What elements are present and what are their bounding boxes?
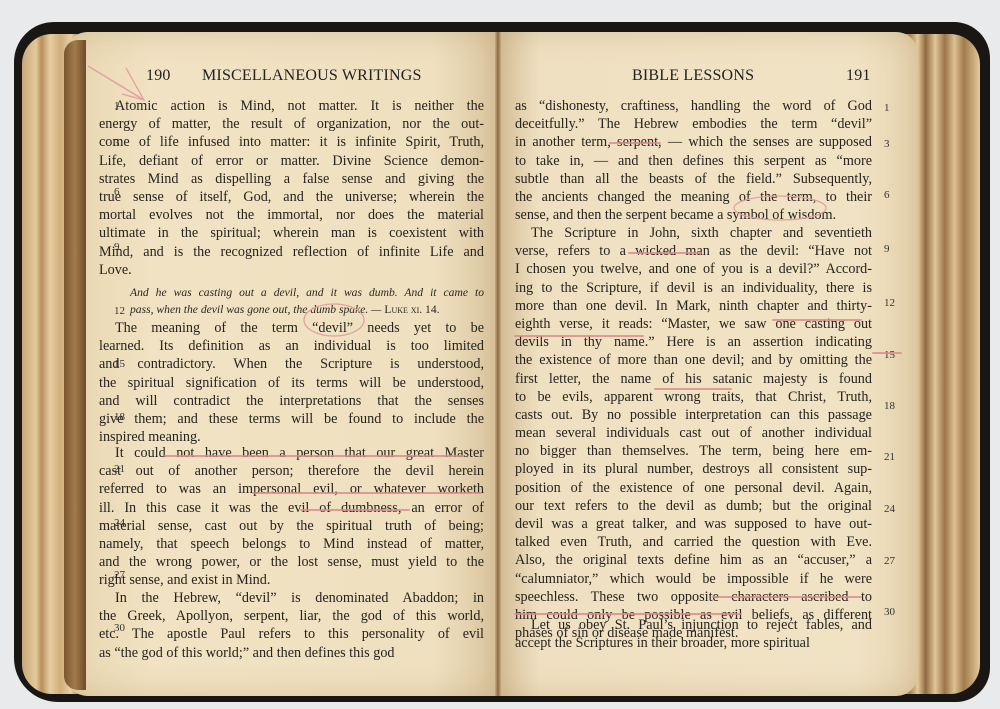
text-line: our text refers to the devil as dumb; bu… xyxy=(515,497,872,515)
text-line: I chosen you twelve, and one of you is a… xyxy=(515,260,872,278)
text-line: come of life infused into matter: it is … xyxy=(99,133,484,151)
underline-wicked-man xyxy=(628,252,702,254)
running-head-right: BIBLE LESSONS xyxy=(632,67,754,85)
text-line: mortal evolves not the immortal, nor doe… xyxy=(99,206,484,224)
underline-could-not-have-been xyxy=(164,455,464,457)
text-line: It could not have been a person that our… xyxy=(99,444,484,462)
underline-devils-in-thy-name xyxy=(514,335,644,337)
text-line: the Greek, Apollyon, serpent, liar, the … xyxy=(99,607,484,625)
underline-one-casting-out xyxy=(772,319,862,321)
left-paragraph-2: The meaning of the term “devil” needs ye… xyxy=(99,319,484,446)
text-line: The meaning of the term “devil” needs ye… xyxy=(99,319,484,337)
text-line: cast out of another person; therefore th… xyxy=(99,462,484,480)
text-line: the spiritual signification of its terms… xyxy=(99,374,484,392)
text-line: the existence of more than one devil; an… xyxy=(515,351,872,369)
text-line: eighth verse, it reads: “Master, we saw … xyxy=(515,315,872,333)
text-line: no bigger than themselves. The term, bei… xyxy=(515,442,872,460)
quote-line-1: And he was casting out a devil, and it w… xyxy=(130,284,484,301)
line-number: 12 xyxy=(884,297,895,309)
text-line: and contradictory. When the Scripture is… xyxy=(99,355,484,373)
text-line: Mind, and is the recognized reflection o… xyxy=(99,243,484,261)
text-line: true sense of itself, God, and the unive… xyxy=(99,188,484,206)
line-number: 24 xyxy=(884,503,895,515)
line-number: 15 xyxy=(884,349,895,361)
text-line: as “the god of this world;” and then def… xyxy=(99,644,484,662)
text-line: Love. xyxy=(99,261,484,279)
left-paragraph-1: Atomic action is Mind, not matter. It is… xyxy=(99,97,484,279)
text-line: namely, that speech belongs to Mind inst… xyxy=(99,535,484,553)
text-line: give them; and these terms will be found… xyxy=(99,410,484,428)
text-line: The Scripture in John, sixth chapter and… xyxy=(515,224,872,242)
text-line: talked even Truth, and carried the quest… xyxy=(515,533,872,551)
text-line: subtle than all the beasts of the field.… xyxy=(515,170,872,188)
text-line: Also, the original texts define him as a… xyxy=(515,551,872,569)
text-line: ultimate in the spiritual; wherein man i… xyxy=(99,224,484,242)
quote-citation: Luke xi. 14. xyxy=(384,303,439,316)
underline-impersonal-evil xyxy=(252,492,482,494)
line-number: 21 xyxy=(884,451,895,463)
text-line: etc. The apostle Paul refers to this per… xyxy=(99,625,484,643)
text-line: as “dishonesty, craftiness, handling the… xyxy=(515,97,872,115)
text-line: devil was a great talker, and was suppos… xyxy=(515,515,872,533)
line-number: 12 xyxy=(114,305,125,317)
underline-evil-beliefs xyxy=(712,596,862,598)
pen-circle-devil xyxy=(300,300,370,340)
text-line: ployed in its plural number, destroys al… xyxy=(515,460,872,478)
pen-circle-symbol-of-wisdom xyxy=(730,192,830,224)
text-line: deceitfully.” The Hebrew embodies the te… xyxy=(515,115,872,133)
text-line: “calumniator,” which would be impossible… xyxy=(515,570,872,588)
text-line: Let us obey St. Paul’s injunction to rej… xyxy=(515,616,872,634)
text-line: in another term, serpent, — which the se… xyxy=(515,133,872,151)
line-number: 1 xyxy=(884,102,890,114)
right-paragraph-2: The Scripture in John, sixth chapter and… xyxy=(515,224,872,642)
right-paragraph-3: Let us obey St. Paul’s injunction to rej… xyxy=(515,616,872,652)
text-line: strates Mind as dispelling a false sense… xyxy=(99,170,484,188)
text-line: more than one devil. In Mark, ninth chap… xyxy=(515,297,872,315)
text-line: to take in, — and then defines this serp… xyxy=(515,152,872,170)
line-number: 30 xyxy=(884,606,895,618)
text-line: and the wrong power, or the lost sense, … xyxy=(99,553,484,571)
underline-serpent xyxy=(609,142,661,144)
margin-mark-15 xyxy=(872,352,902,354)
pen-arrow-annotation xyxy=(86,60,156,110)
text-line: ing to the Scripture, if devil is an ind… xyxy=(515,279,872,297)
underline-phases-of-sin xyxy=(514,613,742,615)
book-gutter xyxy=(495,32,501,696)
gilt-edge-band xyxy=(64,40,86,690)
text-line: first letter, the name of his satanic ma… xyxy=(515,370,872,388)
underline-evil-of-dumbness xyxy=(300,509,410,511)
text-line: right sense, and exist in Mind. xyxy=(99,571,484,589)
text-line: mean several individuals cast out of ano… xyxy=(515,424,872,442)
text-line: accept the Scriptures in their broader, … xyxy=(515,634,872,652)
text-line: Life, defiant of error or matter. Divine… xyxy=(99,152,484,170)
text-line: energy of matter, the result of organiza… xyxy=(99,115,484,133)
text-line: learned. Its definition as an individual… xyxy=(99,337,484,355)
line-number: 6 xyxy=(884,189,890,201)
text-line: casts out. By no possible interpretation… xyxy=(515,406,872,424)
line-number: 18 xyxy=(884,400,895,412)
underline-wrong-traits xyxy=(654,388,732,390)
text-line: position of the existence of one persona… xyxy=(515,479,872,497)
text-line: and will contradict the interpretations … xyxy=(99,392,484,410)
page-number-right: 191 xyxy=(846,67,871,85)
text-line: ill. In this case it was the evil of dum… xyxy=(99,499,484,517)
line-number: 27 xyxy=(884,555,895,567)
left-paragraph-3: It could not have been a person that our… xyxy=(99,444,484,590)
text-line: In the Hebrew, “devil” is denominated Ab… xyxy=(99,589,484,607)
left-paragraph-4: In the Hebrew, “devil” is denominated Ab… xyxy=(99,589,484,662)
text-line: Atomic action is Mind, not matter. It is… xyxy=(99,97,484,115)
text-line: referred to was an impersonal evil, or w… xyxy=(99,480,484,498)
line-number: 3 xyxy=(884,138,890,150)
line-number: 9 xyxy=(884,243,890,255)
text-line: material sense, cast out by the spiritua… xyxy=(99,517,484,535)
running-head-left: MISCELLANEOUS WRITINGS xyxy=(202,67,422,85)
text-line: to be evils, apparent wrong traits, that… xyxy=(515,388,872,406)
